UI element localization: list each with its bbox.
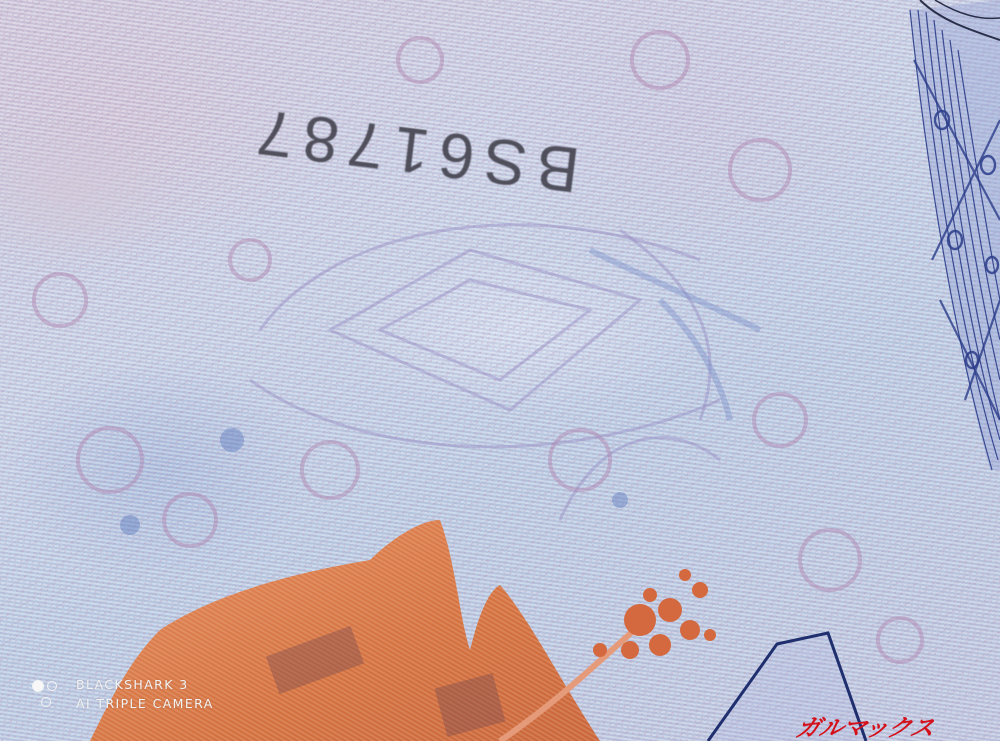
banknote-photo: BS61787 [0, 0, 1000, 741]
site-logo: ガルマックス [793, 708, 937, 741]
camera-watermark: BLACKSHARK 3 AI TRIPLE CAMERA [30, 675, 214, 713]
hibiscus-flower [0, 0, 1000, 741]
watermark-line-1: BLACKSHARK 3 [76, 675, 214, 694]
watermark-line-2: AI TRIPLE CAMERA [76, 694, 214, 713]
triple-camera-lens-icon [30, 675, 62, 709]
